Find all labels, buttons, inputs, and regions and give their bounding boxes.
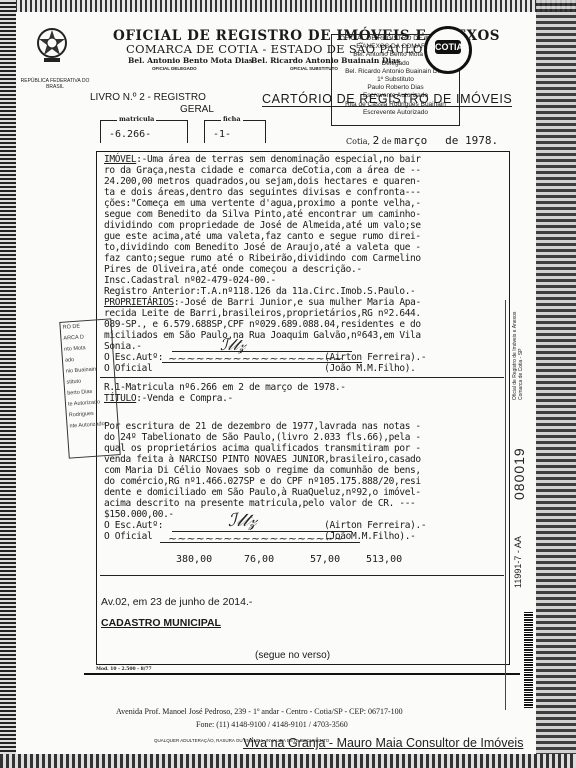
text-line: :-José de Barri Junior,e sua mulher Mari…	[174, 297, 421, 308]
text-line: do comércio,RG nº1.466.027SP e do CPF nº…	[104, 476, 421, 487]
text-line: venda feita à NARCISO PINTO NOVAES JUNIO…	[104, 454, 421, 465]
watermark-text: Viva na Granja - Mauro Maia Consultor de…	[243, 736, 523, 750]
fee-total: 513,00	[366, 554, 402, 565]
official-1-role: OFICIAL DELEGADO	[152, 66, 197, 71]
document-code: 11991-7 - AA	[513, 536, 523, 588]
ficha-value: -1-	[213, 129, 231, 140]
cadastro-municipal-heading: CADASTRO MUNICIPAL	[101, 617, 221, 629]
text-line: Registro Anterior:T.A.nº118.126 da 11a.C…	[104, 286, 415, 297]
footer-address: Avenida Prof. Manoel José Pedroso, 239 -…	[116, 707, 403, 716]
oficial-label: O Oficial	[104, 531, 152, 542]
brazil-coat-of-arms-icon	[34, 26, 70, 66]
stamp-line: Paulo Roberto Dias	[332, 84, 459, 92]
fee-1: 380,00	[176, 554, 212, 565]
page-divider	[84, 673, 520, 675]
section-divider	[100, 575, 504, 576]
signature-oficial: ~~~~~~~~~~~~~~~~~~~	[168, 352, 343, 365]
text-line: Pires de Oliveira,até onde começou a des…	[104, 264, 362, 275]
date-line: Cotia, 2 de março de 1978.	[346, 134, 498, 147]
date-place: Cotia,	[346, 137, 370, 146]
text-line: Por escritura de 21 de dezembro de 1977,…	[104, 421, 421, 432]
signature-airton: ℐ𝓁𝓉𝓏	[228, 510, 257, 531]
footer-phone: Fone: (11) 4148-9100 / 4148-9101 / 4703-…	[196, 720, 348, 729]
section-divider	[100, 377, 504, 378]
matricula-label: matricula	[117, 115, 156, 123]
form-code: Mod. 10 - 2.500 - 8/77	[96, 667, 152, 672]
r1-body: Por escritura de 21 de dezembro de 1977,…	[104, 421, 426, 542]
stamp-line: Escrevente Autorizado	[332, 92, 459, 100]
cotia-seal-icon: COTIA	[424, 26, 472, 74]
matricula-field: matricula -6.266-	[100, 120, 188, 143]
titulo-value: :-Venda e Compra.-	[136, 393, 233, 404]
segue-no-verso: (segue no verso)	[255, 650, 330, 661]
r1-line: R.1-Matricula nº6.266 em 2 de março de 1…	[104, 382, 346, 393]
text-line: recida Leite de Barri,brasileiros,propri…	[104, 308, 421, 319]
signature-oficial: ~~~~~~~~~~~~~~~~~~~	[168, 532, 343, 545]
text-line: segue com Benedito da Silva Pinto,até en…	[104, 209, 421, 220]
text-line: :-Uma área de terras sem denominação esp…	[136, 154, 421, 165]
side-office-line-2: Comarca de Cotia - SP	[518, 312, 524, 400]
date-day: 2	[373, 134, 380, 147]
fee-3: 57,00	[310, 554, 340, 565]
text-line: 089-SP., e 6.579.688SP,CPF nº029.689.088…	[104, 319, 421, 330]
scan-noise-left	[0, 0, 16, 768]
text-line: gue este acima,até uma valeta,faz canto …	[104, 231, 421, 242]
text-line: do 24º Tabelionato de São Paulo,(livro 2…	[104, 432, 421, 443]
text-line: dividindo com propriedade de José de Alm…	[104, 220, 421, 231]
text-line: miciliados em São Paulo,na Rua Joaquim G…	[104, 330, 421, 341]
stamp-line: 1º Substituto	[332, 76, 459, 84]
fee-2: 76,00	[244, 554, 274, 565]
text-line: ro da Graça,nesta cidade e comarca deCot…	[104, 165, 421, 176]
text-line: to,dividindo com Benedito José de Araujo…	[104, 242, 421, 253]
text-line: $150.000,00.-	[104, 509, 174, 520]
date-year: de 1978.	[445, 134, 498, 147]
side-office-text: Oficial de Registro de Imóveis e Anexos …	[512, 312, 524, 400]
scan-noise-bottom	[0, 754, 576, 768]
ficha-field: ficha -1-	[204, 120, 266, 143]
imovel-label: IMÓVEL	[104, 154, 136, 165]
averbacao-line: Av.02, em 23 de junho de 2014.-	[101, 596, 252, 608]
serial-number: 080019	[511, 447, 527, 500]
matricula-value: -6.266-	[109, 129, 151, 140]
date-de: de	[382, 137, 392, 146]
r1-header: R.1-Matricula nº6.266 em 2 de março de 1…	[104, 382, 346, 404]
text-line: ta e dois áreas,dentro das seguintes div…	[104, 187, 421, 198]
text-line: dente e domiciliado em São Paulo,à RuaQu…	[104, 487, 421, 498]
date-month: março	[394, 134, 427, 147]
esc-name: (Airton Ferreira).-	[324, 520, 426, 531]
stamp-line: Escrevente Autorizado	[332, 109, 459, 117]
stamp-line: Rita de Cássia Rodrigues Buainain	[332, 101, 459, 109]
imovel-description: IMÓVEL:-Uma área de terras sem denominaç…	[104, 154, 426, 374]
text-line: qual os proprietários acima qualificados…	[104, 443, 421, 454]
barcode-icon	[524, 612, 533, 708]
text-line: Insc.Cadastral nº02-479-024-00.-	[104, 275, 276, 286]
seal-text: COTIA	[435, 40, 461, 54]
partial-stamp: RO DE ARCA D nto Mota ado nio Buainain s…	[59, 318, 120, 458]
livro-line-1: LIVRO N.º 2 - REGISTRO	[90, 92, 214, 104]
proprietarios-label: PROPRIETÁRIOS	[104, 297, 174, 308]
text-line: acima descrito na presente matricula,pel…	[104, 498, 415, 509]
cadastro-text: CADASTRO MUNICIPAL	[101, 617, 221, 629]
livro-label: LIVRO N.º 2 - REGISTRO GERAL	[90, 92, 214, 116]
ficha-label: ficha	[221, 115, 243, 123]
stamp-line: nte Autorizado	[69, 418, 118, 432]
scan-noise-top	[0, 0, 576, 12]
text-line: com Maria Di Célio Novaes sob o regime d…	[104, 465, 421, 476]
esc-label: O Esc.Autº:	[104, 520, 163, 531]
official-1-name: Bel. Antonio Bento Mota Dias	[128, 56, 253, 65]
scan-noise-right	[536, 0, 576, 768]
text-line: 24.200,00 metros quadrados,ou sejam,dois…	[104, 176, 421, 187]
emblem-caption: REPÚBLICA FEDERATIVA DO BRASIL	[20, 78, 90, 90]
text-line: faz canto;segue rumo até o Ribeirão,divi…	[104, 253, 421, 264]
text-line: ções:"Começa em uma vertente d'agua,prox…	[104, 198, 421, 209]
